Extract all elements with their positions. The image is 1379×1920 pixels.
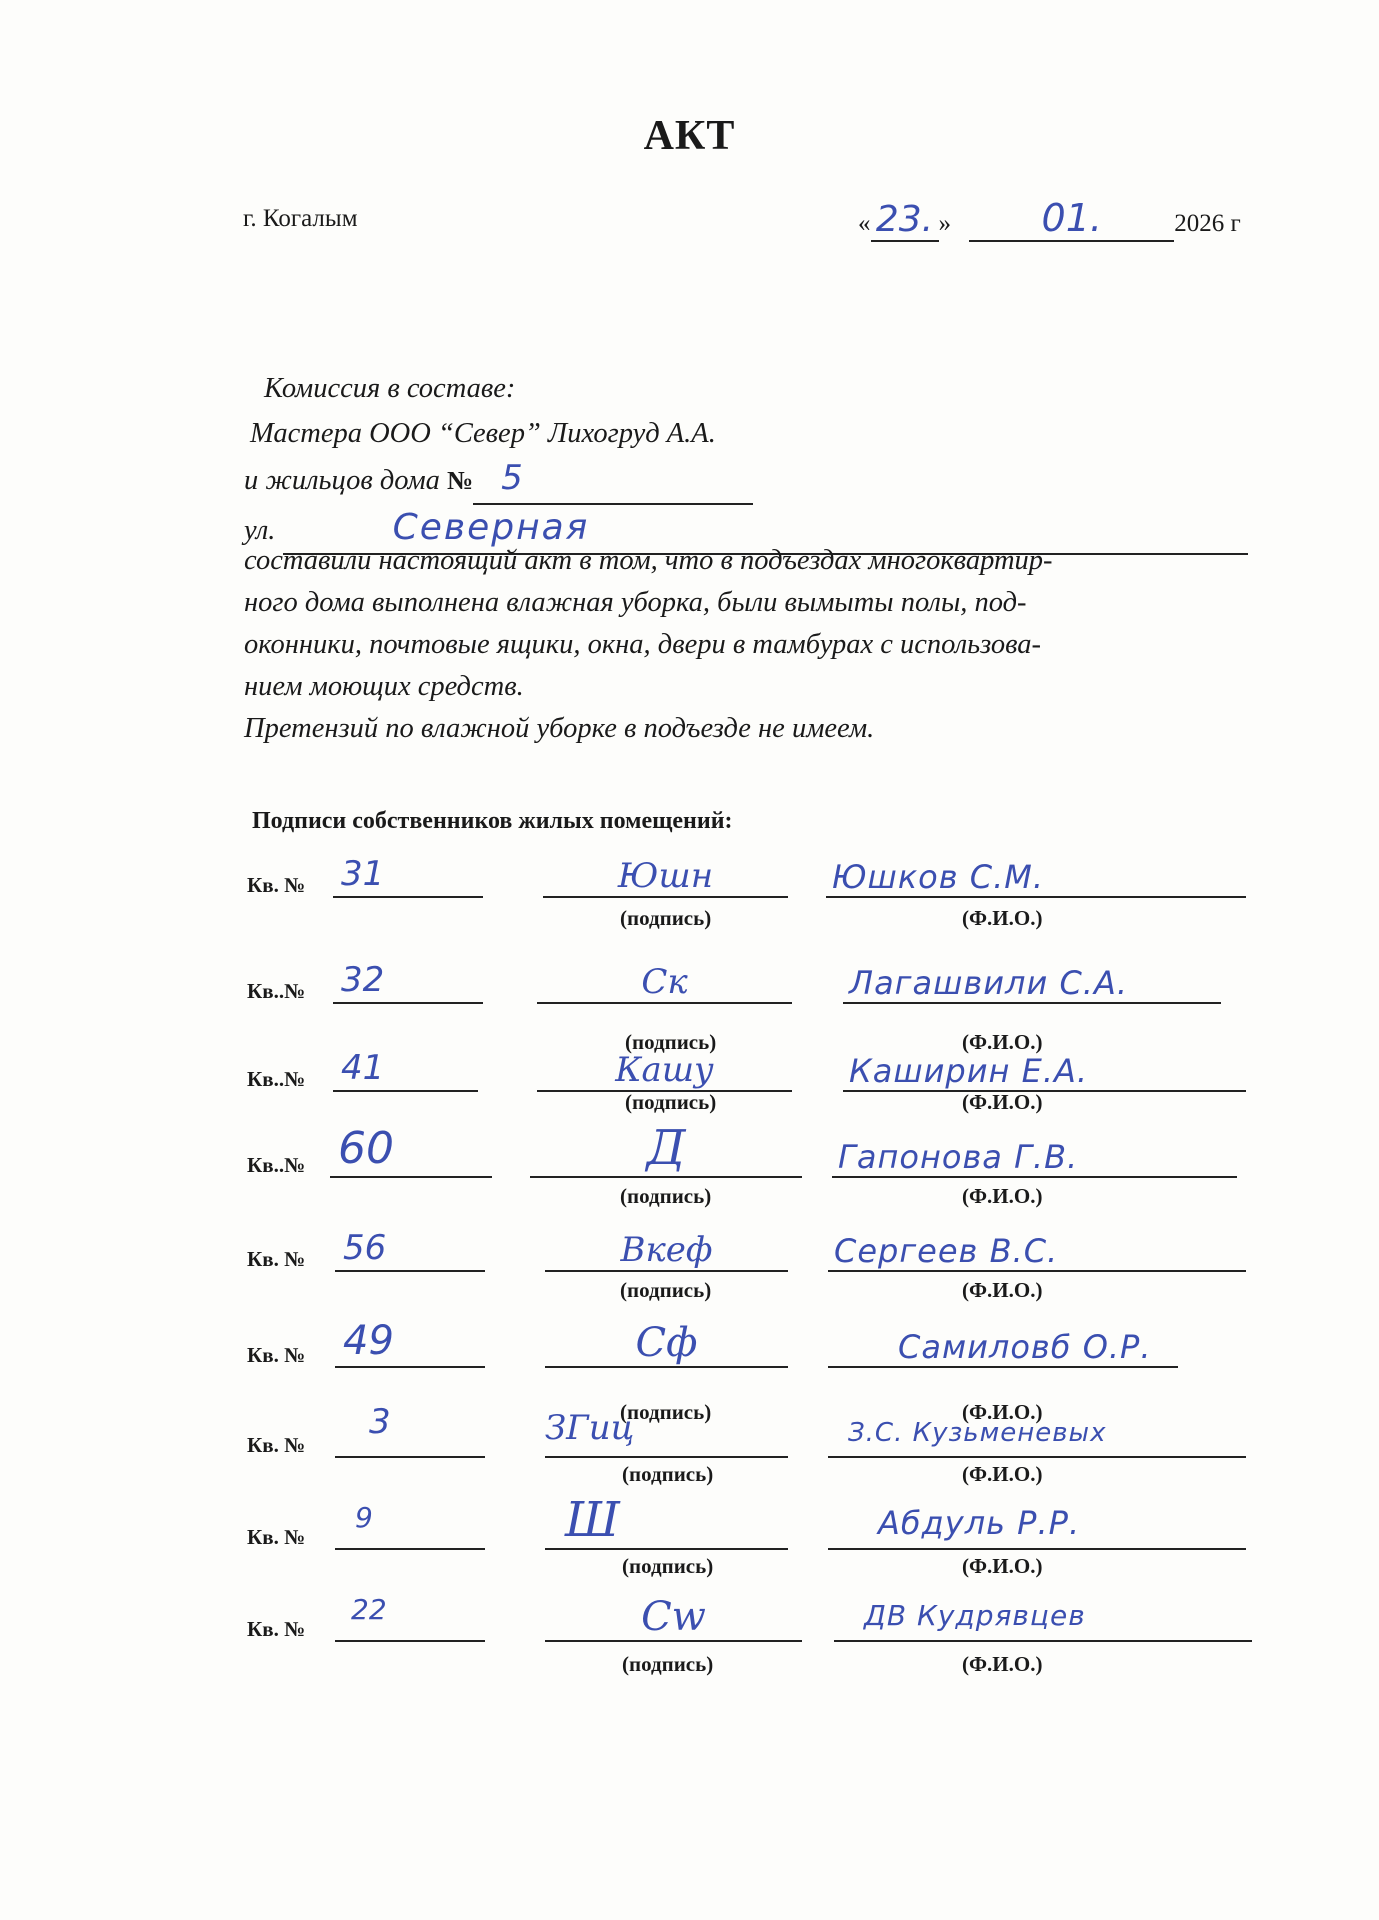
apartment-number: 56 (335, 1228, 485, 1268)
signature-row: Кв. № 31 Юшн Юшков С.М. (0, 862, 1379, 902)
apartment-number-field[interactable]: 41 (333, 1054, 478, 1092)
fio-field[interactable]: ДВ Кудрявцев (834, 1604, 1252, 1642)
house-number-handwritten: 5 (501, 458, 523, 498)
owner-fio: Гапонова Г.В. (838, 1138, 1237, 1176)
signature-caption: (подпись) (625, 1090, 716, 1115)
body-line: оконники, почтовые ящики, окна, двери в … (244, 624, 1274, 666)
apartment-label: Кв. № (247, 873, 305, 898)
fio-field[interactable]: Юшков С.М. (826, 860, 1246, 898)
signature-field[interactable]: Сф (545, 1330, 788, 1368)
fio-caption: (Ф.И.О.) (962, 1462, 1042, 1487)
fio-field[interactable]: Самиловб О.Р. (828, 1330, 1178, 1368)
signature-mark: Вкеф (545, 1230, 788, 1270)
date-month-handwritten: 01. (1042, 196, 1102, 240)
date-month-field[interactable]: 01. (969, 196, 1174, 242)
fio-field[interactable]: Лагашвили С.А. (843, 966, 1221, 1004)
fio-field[interactable]: Сергеев В.С. (828, 1234, 1246, 1272)
commission-heading: Комиссия в составе: (244, 366, 1264, 411)
signature-field[interactable]: ЗГиц (545, 1420, 788, 1458)
fio-caption: (Ф.И.О.) (962, 1184, 1042, 1209)
number-sign: № (447, 466, 473, 495)
apartment-label: Кв. № (247, 1525, 305, 1550)
owner-fio: Каширин Е.А. (849, 1052, 1246, 1090)
house-label: и жильцов дома (244, 465, 440, 496)
apartment-number-field[interactable]: 22 (335, 1604, 485, 1642)
fio-field[interactable]: Абдуль Р.Р. (828, 1512, 1246, 1550)
commission-master: Мастера ООО “Север” Лихогруд А.А. (244, 411, 1264, 456)
signature-row: Кв. № 49 Сф Самиловб О.Р. (0, 1332, 1379, 1372)
fio-caption: (Ф.И.О.) (962, 1090, 1042, 1115)
apartment-number-field[interactable]: 49 (335, 1330, 485, 1368)
apartment-number-field[interactable]: 56 (335, 1234, 485, 1272)
apartment-number-field[interactable]: 60 (330, 1140, 492, 1178)
claims-statement: Претензий по влажной уборке в подъезде н… (244, 708, 1274, 750)
owner-fio: З.С. Кузьменевых (848, 1418, 1246, 1448)
document-title: АКТ (0, 112, 1379, 160)
signature-caption: (подпись) (620, 1278, 711, 1303)
apartment-number: 49 (335, 1318, 485, 1364)
signatures-header: Подписи собственников жилых помещений: (252, 808, 733, 835)
date-close-quote: » (939, 210, 952, 237)
fio-field[interactable]: Гапонова Г.В. (832, 1140, 1237, 1178)
signature-field[interactable]: Ш (545, 1512, 788, 1550)
signature-mark: Д (530, 1120, 802, 1176)
act-body: составили настоящий акт в том, что в под… (244, 540, 1274, 750)
fio-caption: (Ф.И.О.) (962, 1652, 1042, 1677)
signature-row: Кв. № 22 Сw ДВ Кудрявцев (0, 1606, 1379, 1646)
body-line: нием моющих средств. (244, 666, 1274, 708)
signature-row: Кв. № 56 Вкеф Сергеев В.С. (0, 1236, 1379, 1276)
fio-caption: (Ф.И.О.) (962, 1554, 1042, 1579)
apartment-number: 41 (333, 1048, 478, 1088)
signature-mark: Ш (565, 1492, 788, 1548)
owner-fio: Лагашвили С.А. (849, 964, 1221, 1002)
signature-mark: Сw (545, 1594, 802, 1640)
signature-field[interactable]: Ск (537, 966, 792, 1004)
signature-field[interactable]: Д (530, 1140, 802, 1178)
signature-caption: (подпись) (622, 1462, 713, 1487)
body-line: ного дома выполнена влажная уборка, были… (244, 582, 1274, 624)
apartment-label: Кв. № (247, 1343, 305, 1368)
apartment-label: Кв..№ (247, 1067, 305, 1092)
apartment-number-field[interactable]: 32 (333, 966, 483, 1004)
apartment-number: 22 (335, 1593, 485, 1626)
signature-field[interactable]: Сw (545, 1604, 802, 1642)
date-year: 2026 г (1174, 210, 1241, 237)
apartment-number: 3 (335, 1402, 485, 1442)
signature-row: Кв. № 9 Ш Абдуль Р.Р. (0, 1514, 1379, 1554)
apartment-number-field[interactable]: 31 (333, 860, 483, 898)
signature-mark: ЗГиц (545, 1408, 788, 1448)
body-line: составили настоящий акт в том, что в под… (244, 540, 1274, 582)
owner-fio: Абдуль Р.Р. (878, 1504, 1246, 1542)
date-day-field[interactable]: 23. (871, 199, 939, 242)
signature-caption: (подпись) (622, 1554, 713, 1579)
signature-field[interactable]: Вкеф (545, 1234, 788, 1272)
signature-field[interactable]: Кашу (537, 1054, 792, 1092)
apartment-label: Кв. № (247, 1433, 305, 1458)
date-day-handwritten: 23. (876, 199, 933, 240)
signature-field[interactable]: Юшн (543, 860, 788, 898)
apartment-number: 9 (335, 1501, 485, 1534)
signature-caption: (подпись) (620, 1184, 711, 1209)
document-date: «23.» 01.2026 г (858, 196, 1241, 242)
signature-caption: (подпись) (622, 1652, 713, 1677)
signature-mark: Сф (545, 1320, 788, 1366)
apartment-label: Кв..№ (247, 979, 305, 1004)
apartment-number-field[interactable]: 3 (335, 1420, 485, 1458)
commission-block: Комиссия в составе: Мастера ООО “Север” … (244, 366, 1264, 555)
signature-mark: Кашу (537, 1050, 792, 1090)
owner-fio: Юшков С.М. (832, 858, 1246, 896)
apartment-label: Кв. № (247, 1617, 305, 1642)
signature-row: Кв. № 3 ЗГиц З.С. Кузьменевых (0, 1422, 1379, 1462)
signature-mark: Ск (537, 962, 792, 1002)
apartment-label: Кв..№ (247, 1153, 305, 1178)
commission-house-line: и жильцов дома №5 (244, 456, 1264, 505)
apartment-number-field[interactable]: 9 (335, 1512, 485, 1550)
date-open-quote: « (858, 210, 871, 237)
apartment-number: 60 (330, 1123, 492, 1174)
fio-caption: (Ф.И.О.) (962, 906, 1042, 931)
signature-caption: (подпись) (620, 906, 711, 931)
signature-mark: Юшн (543, 856, 788, 896)
owner-fio: Самиловб О.Р. (898, 1328, 1178, 1366)
owner-fio: ДВ Кудрявцев (864, 1599, 1252, 1632)
house-number-field[interactable]: 5 (473, 456, 753, 505)
apartment-label: Кв. № (247, 1247, 305, 1272)
fio-caption: (Ф.И.О.) (962, 1278, 1042, 1303)
signature-row: Кв..№ 32 Ск Лагашвили С.А. (0, 968, 1379, 1008)
apartment-number: 31 (333, 854, 483, 894)
signature-row: Кв..№ 60 Д Гапонова Г.В. (0, 1142, 1379, 1182)
city-name: г. Когалым (243, 205, 358, 233)
fio-field[interactable]: З.С. Кузьменевых (828, 1420, 1246, 1458)
apartment-number: 32 (333, 960, 483, 1000)
fio-field[interactable]: Каширин Е.А. (843, 1054, 1246, 1092)
owner-fio: Сергеев В.С. (834, 1232, 1246, 1270)
